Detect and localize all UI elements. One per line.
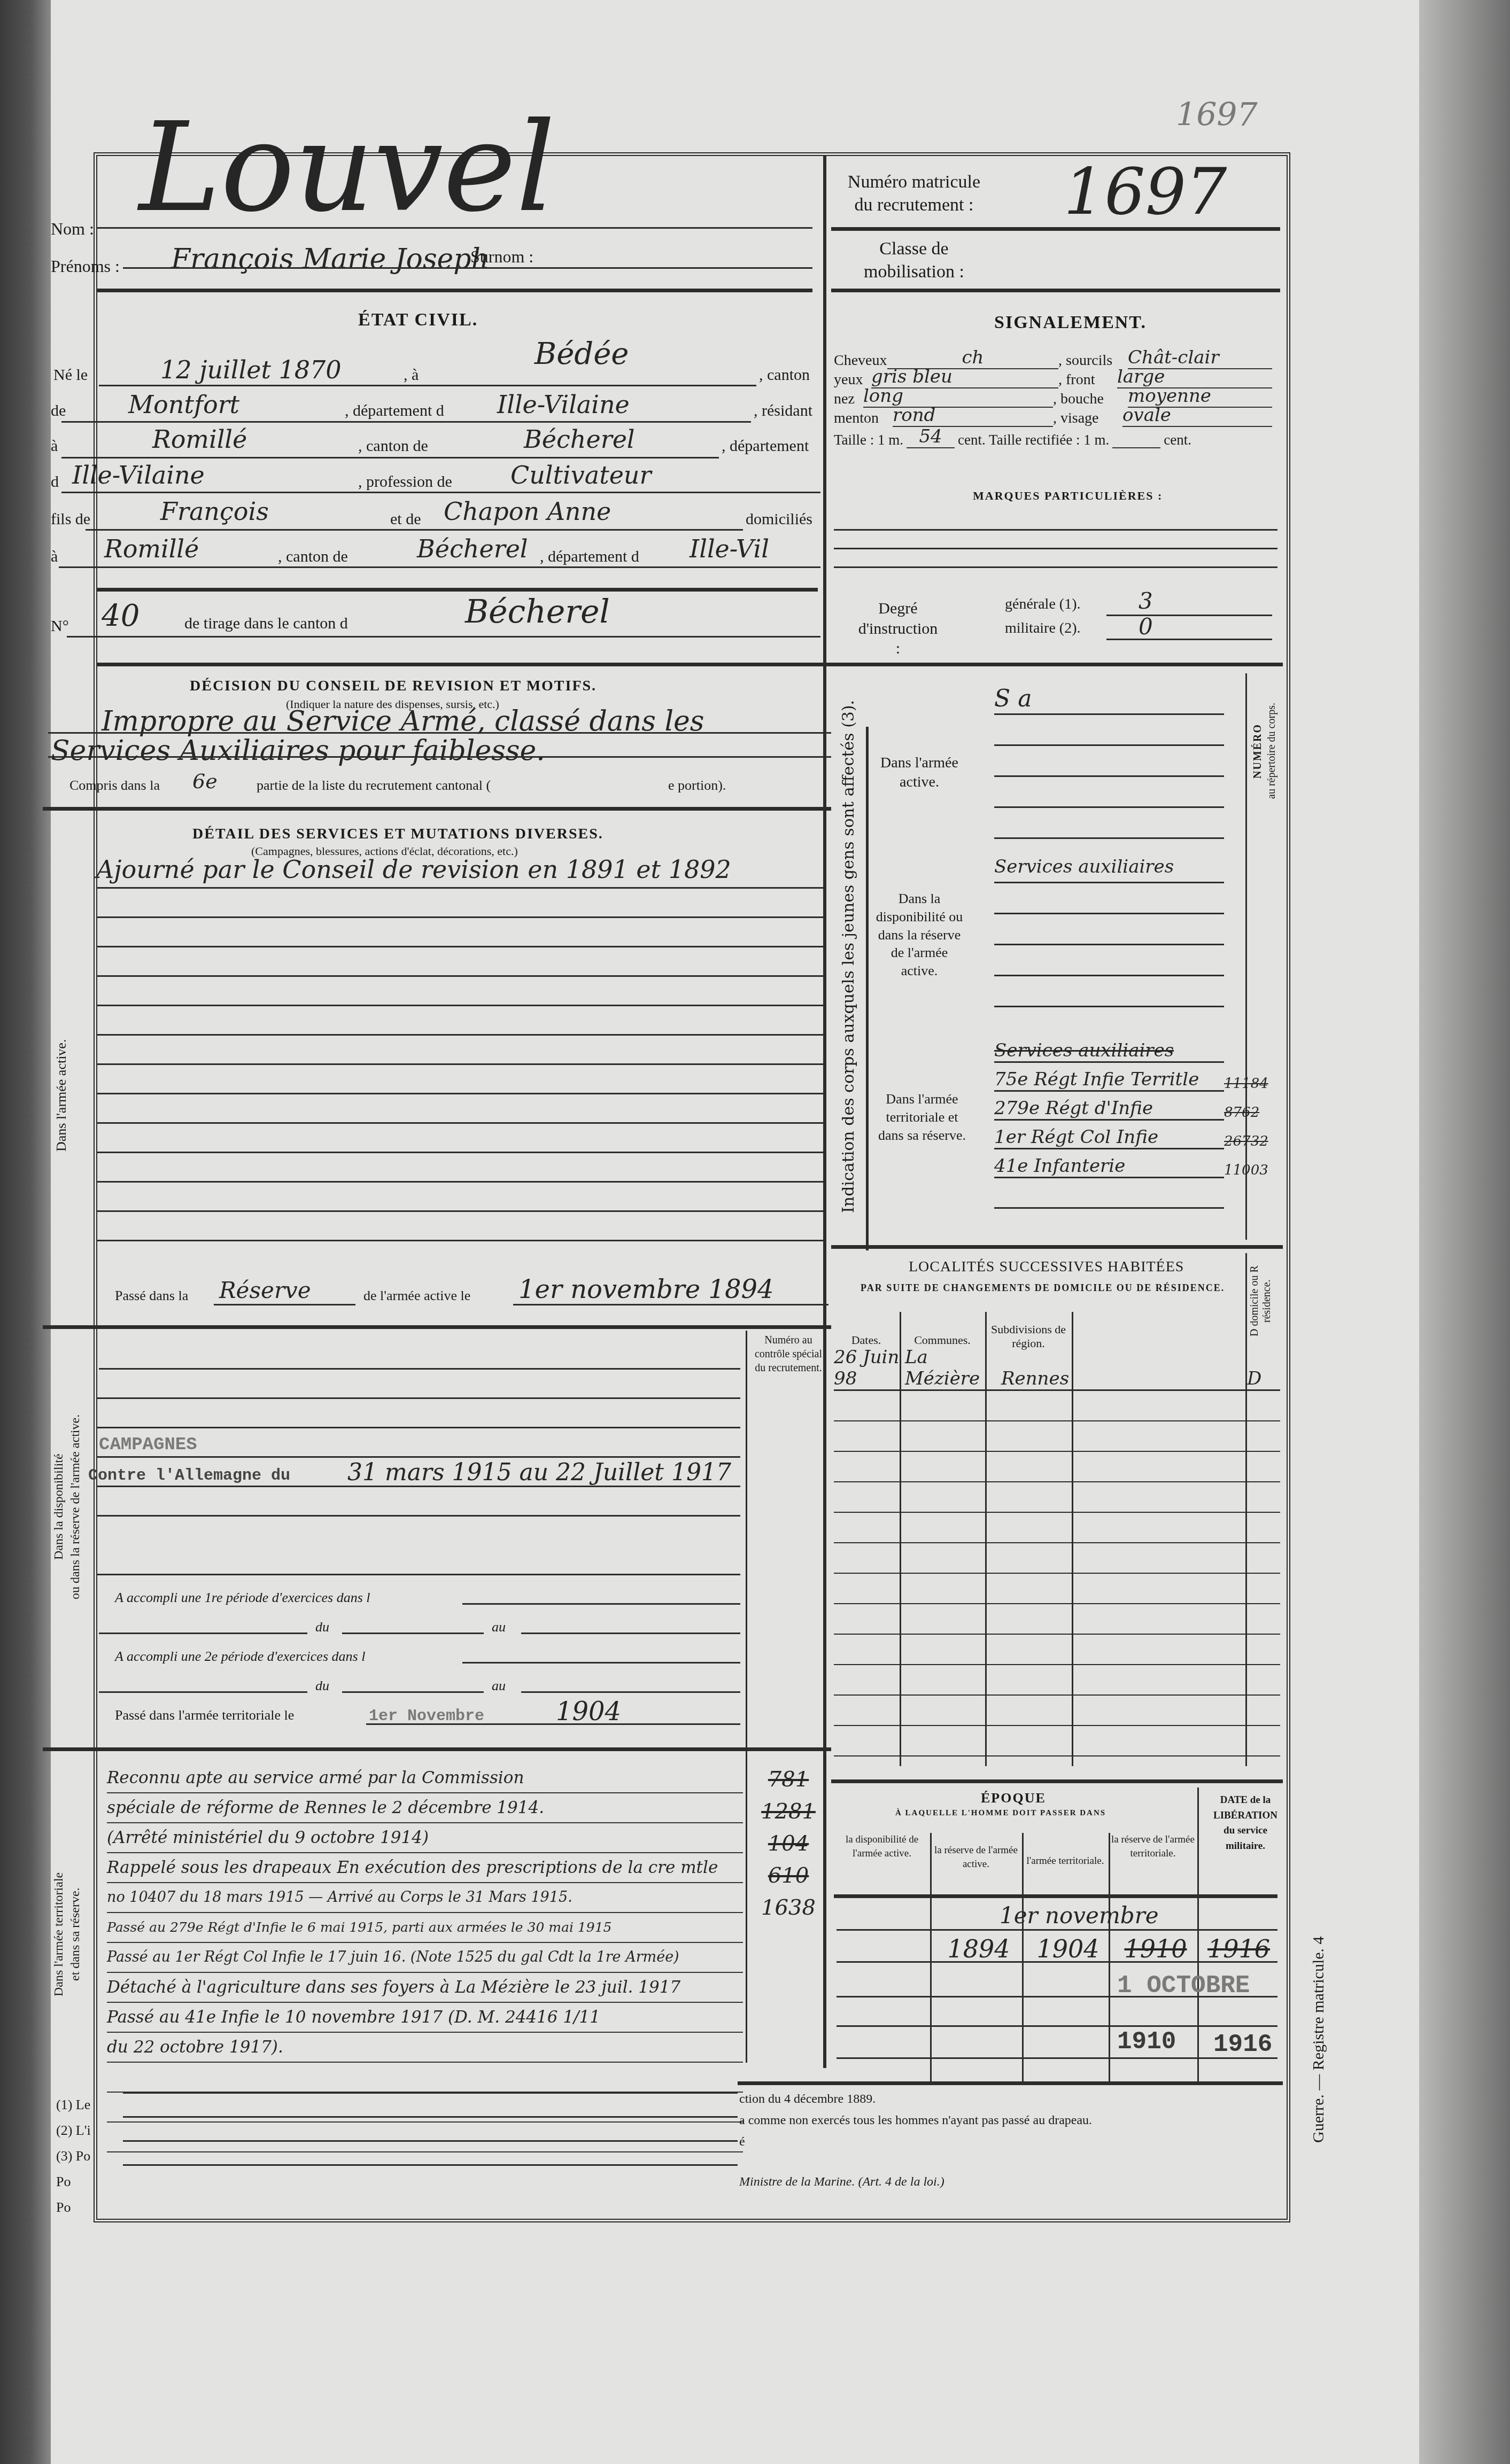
terr-line: no 10407 du 18 mars 1915 — Arrivé au Cor…: [107, 1883, 743, 1913]
compris-label: Compris dans la: [69, 778, 160, 794]
residant-label: , résidant: [754, 402, 812, 420]
ruled-line: [96, 887, 823, 889]
prenoms-label: Prénoms :: [51, 256, 120, 276]
canton-value: Montfort: [128, 390, 239, 419]
campagnes-line-stamp: Contre l'Allemagne du: [88, 1467, 290, 1485]
terr-line: [107, 2093, 743, 2123]
footnote-text-2: a comme non exercés tous les hommes n'ay…: [739, 2113, 1092, 2128]
taille-rectifiee-label: cent. Taille rectifiée : 1 m.: [958, 432, 1109, 448]
ruled-line: [96, 1122, 823, 1124]
territoriale-entries: Reconnu apte au service armé par la Comm…: [107, 1763, 743, 2152]
residant-canton-value: Bécherel: [524, 425, 635, 454]
corps-terr-numero: 11184: [1224, 1076, 1283, 1092]
ruled-line: [96, 1181, 823, 1183]
visage-label: , visage: [1053, 410, 1122, 427]
localites-row: [834, 1726, 1280, 1756]
epoque-value: [837, 1934, 933, 1963]
de-label: de: [51, 402, 66, 420]
dom-canton-value: Bécherel: [417, 534, 528, 563]
ruled-line: [96, 1152, 823, 1153]
dispo-divider: [43, 1325, 831, 1329]
corps-dispo-entry: [994, 914, 1224, 945]
liberation-header: DATE de la LIBÉRATION du service militai…: [1213, 1793, 1277, 1854]
residant-value: Romillé: [152, 425, 247, 454]
page-edge: [1419, 0, 1510, 2464]
dispo-line: [96, 1397, 740, 1399]
passe-reserve-date-underline: [513, 1304, 828, 1305]
generale-label: générale (1).: [1005, 596, 1080, 613]
col-disponibilite: la disponibilité de l'armée active.: [834, 1833, 930, 1871]
instruction-label: Degré d'instruction :: [855, 598, 941, 659]
corps-dispo-entries: Services auxiliaires: [994, 852, 1224, 1007]
localites-row: [834, 1482, 1280, 1513]
corps-dispo-label: Dans la disponibilité ou dans la réserve…: [871, 890, 967, 980]
ruled-line: [96, 916, 823, 918]
signalement-rows: Cheveux ch , sourcils Chât-clair yeux gr…: [834, 350, 1272, 448]
active-line-1: Ajourné par le Conseil de revision en 18…: [96, 855, 731, 884]
numero-repertoire-label: NUMÉROau répertoire du corps.: [1251, 679, 1279, 823]
epoque-subtitle: À LAQUELLE L'HOMME DOIT PASSER DANS: [895, 1809, 1106, 1818]
periode1-au-label: au: [492, 1619, 506, 1635]
localites-row: [834, 1665, 1280, 1696]
dispo-line: [96, 1574, 740, 1575]
passe-reserve-date: 1er novembre 1894: [518, 1274, 774, 1304]
terr-line: [107, 2063, 743, 2093]
footnote-line: [123, 2164, 738, 2166]
corps-terr-numero: 8762: [1224, 1105, 1283, 1121]
localites-row: [834, 1452, 1280, 1482]
canton-label: , canton: [759, 366, 810, 384]
terr-line: (Arrêté ministériel du 9 octobre 1914): [107, 1823, 743, 1853]
passe-territoriale-stamp: 1er Novembre: [369, 1707, 484, 1725]
book-spine: [0, 0, 51, 2464]
front-label: , front: [1058, 371, 1117, 388]
ne-le-label: Né le: [53, 366, 88, 384]
corps-active-entry: [994, 746, 1224, 777]
periode1-au-value-line: [521, 1633, 740, 1634]
periode1-underline: [462, 1603, 740, 1605]
bouche-label: , bouche: [1053, 391, 1128, 408]
corps-terr-row: Services auxiliaires: [994, 1034, 1283, 1063]
taille-row: Taille : 1 m. 54 cent. Taille rectifiée …: [834, 427, 1272, 448]
matricule-divider: [831, 227, 1280, 231]
footnote-divider: [738, 2081, 1283, 2085]
services-title: DÉTAIL DES SERVICES ET MUTATIONS DIVERSE…: [192, 826, 603, 843]
taille-label: Taille : 1 m.: [834, 432, 903, 448]
departement2-value: Ille-Vilaine: [72, 461, 205, 489]
ne-underline: [99, 385, 756, 386]
profession-label: , profession de: [358, 473, 452, 491]
epoque-row-line: [837, 1961, 1277, 1963]
fils-underline: [86, 529, 743, 531]
corps-terr-blank: [994, 1178, 1224, 1209]
corps-terr-row: 1er Régt Col Infie 26732: [994, 1121, 1283, 1149]
ruled-line: [96, 1093, 823, 1094]
localites-divider: [831, 1245, 1283, 1249]
corps-terr-row: 41e Infanterie 11003: [994, 1149, 1283, 1178]
militaire-underline: [1106, 639, 1272, 640]
epoque-header: la disponibilité de l'armée active. la r…: [834, 1833, 1197, 1871]
corps-active-entry: [994, 808, 1224, 839]
tirage-no-value: 40: [102, 598, 140, 633]
col-domicile: D domicile ou R résidence.: [1249, 1258, 1273, 1344]
domicilies-label: domiciliés: [746, 510, 812, 528]
corps-active-entries: S a: [994, 684, 1224, 839]
corps-terr-label: Dans l'armée territoriale et dans sa rés…: [877, 1090, 967, 1144]
visage-value: ovale: [1122, 405, 1272, 427]
decision-title: DÉCISION DU CONSEIL DE REVISION ET MOTIF…: [190, 678, 597, 695]
de-underline: [61, 421, 751, 423]
localites-row: [834, 1574, 1280, 1604]
territoriale-divider: [43, 1747, 831, 1751]
ruled-line: [96, 975, 823, 977]
terr-numero: 104: [756, 1828, 820, 1860]
profession-value: Cultivateur: [510, 461, 651, 489]
footnote-marker: (1) Le: [56, 2092, 91, 2118]
passe-reserve-underline: [214, 1304, 355, 1305]
mere-value: Chapon Anne: [444, 497, 611, 526]
corner-annotation: 1697: [1176, 96, 1258, 134]
corps-dispo-entry: Services auxiliaires: [994, 852, 1224, 883]
marques-line-2: [834, 548, 1277, 549]
corps-terr-name: 1er Régt Col Infie: [994, 1126, 1224, 1149]
ruled-line: [96, 1210, 823, 1212]
periode2-au-value-line: [521, 1691, 740, 1693]
col-dates: Dates.: [833, 1317, 900, 1350]
taille-value: 54: [907, 426, 955, 448]
terr-numero: 781: [756, 1763, 820, 1795]
periode2-underline: [462, 1662, 740, 1664]
footnote-line: [123, 2140, 738, 2142]
departement-value: Ille-Vilaine: [497, 390, 630, 419]
passe-territoriale-label: Passé dans l'armée territoriale le: [115, 1707, 294, 1723]
terr-numero: 610: [756, 1860, 820, 1892]
militaire-label: militaire (2).: [1005, 620, 1081, 637]
corps-terr-row: 279e Régt d'Infie 8762: [994, 1092, 1283, 1121]
localites-row: [834, 1421, 1280, 1452]
decision-line-2: Services Auxiliaires pour faiblesse.: [51, 735, 545, 767]
tirage-label: de tirage dans le canton d: [184, 615, 348, 633]
terr-line: Passé au 1er Régt Col Infie le 17 juin 1…: [107, 1943, 743, 1973]
localites-rows: 26 Juin 98 La Mézière Rennes D: [834, 1360, 1280, 1756]
classe-divider: [831, 289, 1280, 292]
corps-terr-name: Services auxiliaires: [994, 1040, 1224, 1063]
terr-line: Reconnu apte au service armé par la Comm…: [107, 1763, 743, 1793]
campagnes-line-hand: 31 mars 1915 au 22 Juillet 1917: [347, 1459, 731, 1486]
localites-title: LOCALITÉS SUCCESSIVES HABITÉES: [909, 1258, 1184, 1276]
taille-rectifiee-value: [1112, 447, 1160, 448]
col-subdivisions: Subdivisions de région.: [985, 1317, 1072, 1350]
epoque-title: ÉPOQUE: [981, 1790, 1046, 1806]
footnote-line: [123, 2116, 738, 2118]
periode1-du-label: du: [315, 1619, 329, 1635]
corps-active-entry: S a: [994, 684, 1224, 715]
ne-a-value: Bédée: [535, 337, 629, 371]
compris-suffix: partie de la liste du recrutement canton…: [257, 778, 491, 794]
epoque-values: 1894 1904 1910 1916: [837, 1934, 1277, 1963]
footnote-text-1: ction du 4 décembre 1889.: [739, 2092, 876, 2107]
dispo-line: [96, 1456, 740, 1458]
terr-line: spéciale de réforme de Rennes le 2 décem…: [107, 1793, 743, 1823]
departement-label: , département d: [345, 402, 444, 420]
localites-row: [834, 1391, 1280, 1421]
corps-title-divider: [866, 727, 869, 1250]
signalement-row: menton rond , visage ovale: [834, 408, 1272, 427]
periode2-du-line: [99, 1691, 307, 1693]
portion-suffix: e portion).: [668, 778, 726, 794]
nom-value: Louvel: [139, 107, 555, 230]
localites-subtitle: PAR SUITE DE CHANGEMENTS DE DOMICILE OU …: [861, 1282, 1225, 1294]
passe-territoriale-underline: [366, 1723, 740, 1725]
terr-line: du 22 octobre 1917).: [107, 2033, 743, 2063]
militaire-value: 0: [1139, 613, 1153, 640]
dispo-line: [96, 1427, 740, 1428]
compris-value: 6e: [192, 769, 218, 793]
periode2-label: A accompli une 2e période d'exercices da…: [115, 1649, 365, 1665]
epoque-row-line: [837, 2057, 1277, 2059]
corps-dispo-entry: [994, 976, 1224, 1007]
epoque-row-line: [837, 1996, 1277, 1997]
fils-label: fils de: [51, 510, 90, 528]
corps-active-entry: [994, 777, 1224, 808]
ruled-line: [96, 1240, 823, 1241]
prenoms-value: François Marie Joseph: [171, 243, 489, 275]
active-side-label: Dans l'armée active.: [53, 989, 69, 1202]
passe-reserve-mid: de l'armée active le: [363, 1288, 470, 1304]
marques-line-3: [834, 566, 1277, 568]
corps-vertical-title: Indication des corps auxquels les jeunes…: [839, 689, 858, 1224]
etat-civil-title: ÉTAT CIVIL.: [358, 310, 478, 330]
dom-canton-label: , canton de: [278, 548, 348, 566]
residant-a-label: à: [51, 437, 58, 455]
taille-cent-label: cent.: [1164, 432, 1191, 448]
decision-underline-1: [48, 732, 831, 734]
localite-date: 26 Juin 98: [834, 1347, 900, 1389]
menton-value: rond: [893, 405, 1053, 427]
col-reserve-active: la réserve de l'armée active.: [930, 1833, 1022, 1871]
ruled-line: [96, 1005, 823, 1006]
terr-numeros: 781 1281 104 610 1638: [756, 1763, 820, 1924]
epoque-row-line: [837, 1929, 1277, 1931]
prenoms-underline: [123, 267, 812, 269]
dom-dept-value: Ille-Vil: [690, 534, 769, 563]
matricule-value: 1697: [1064, 155, 1227, 229]
menton-label: menton: [834, 410, 893, 427]
epoque-row-line: [837, 2025, 1277, 2027]
periode1-du-value-line: [342, 1633, 484, 1634]
terr-line: Détaché à l'agriculture dans ses foyers …: [107, 1973, 743, 2003]
tirage-underline: [67, 636, 820, 638]
footnote-text-3: é: [739, 2135, 745, 2149]
epoque-handwritten-day: 1er novembre: [1000, 1902, 1159, 1929]
nez-label: nez: [834, 391, 863, 408]
passe-reserve-label: Passé dans la: [115, 1288, 188, 1304]
col-communes: Communes.: [900, 1317, 985, 1350]
terr-numero: 1281: [756, 1795, 820, 1828]
corps-terr-name: 279e Régt d'Infie: [994, 1098, 1224, 1121]
epoque-divider: [831, 1779, 1283, 1783]
generale-value: 3: [1139, 588, 1153, 614]
marques-label: MARQUES PARTICULIÈRES :: [973, 489, 1163, 503]
corps-terr-row: 75e Régt Infie Territle 11184: [994, 1063, 1283, 1092]
dispo-line: [96, 1486, 740, 1487]
terr-line: Rappelé sous les drapeaux En exécution d…: [107, 1853, 743, 1883]
footnote-markers: (1) Le (2) L'i (3) Po Po Po: [56, 2092, 91, 2220]
terr-side-label: Dans l'armée territorialeet dans sa rése…: [51, 1817, 84, 2052]
corps-dispo-entry: [994, 883, 1224, 914]
decision-divider: [96, 663, 1283, 666]
periode1-label: A accompli une 1re période d'exercices d…: [115, 1590, 370, 1606]
nom-underline: [96, 227, 812, 229]
residant-canton-label: , canton de: [358, 437, 428, 455]
periode2-du-value-line: [342, 1691, 484, 1693]
nom-label: Nom :: [51, 219, 94, 239]
ne-a-label: , à: [404, 366, 419, 384]
passe-reserve-value: Réserve: [219, 1277, 311, 1303]
periode1-du-line: [99, 1633, 307, 1634]
ne-le-value: 12 juillet 1870: [160, 355, 342, 384]
corps-active-entry: [994, 715, 1224, 746]
numero-controle-label: Numéro au contrôle spécial du recrutemen…: [751, 1333, 826, 1375]
dom-value: Romillé: [104, 534, 199, 563]
localites-row: [834, 1543, 1280, 1574]
footnote-marker: Po: [56, 2195, 91, 2220]
departement2-label: , département: [722, 437, 809, 455]
corps-terr-numero: 11003: [1224, 1162, 1283, 1178]
surnom-label: Surnom :: [470, 247, 533, 267]
liberation-stamp-value: 1916: [1213, 2031, 1272, 2058]
corps-terr-entries: Services auxiliaires 75e Régt Infie Terr…: [994, 1034, 1283, 1209]
tirage-no-label: N°: [51, 617, 69, 635]
marques-line-1: [834, 529, 1277, 531]
footnote-text-4: Ministre de la Marine. (Art. 4 de la loi…: [739, 2175, 944, 2189]
terr-numero: 1638: [756, 1892, 820, 1924]
decision-underline-2: [48, 756, 831, 758]
dispo-line: [99, 1368, 740, 1370]
epoque-value: 1894: [933, 1934, 1025, 1963]
campagnes-stamp: CAMPAGNES: [99, 1435, 197, 1455]
profession-underline: [61, 492, 820, 493]
localite-type: D: [1087, 1368, 1261, 1389]
dom-a-label: à: [51, 548, 58, 566]
terr-line: [107, 2123, 743, 2152]
ruled-line: [96, 1034, 823, 1036]
epoque-value: 1910: [1111, 1934, 1200, 1963]
matricule-label: Numéro matricule du recrutement :: [839, 171, 989, 216]
identity-divider: [96, 289, 812, 292]
corps-terr-name: 41e Infanterie: [994, 1155, 1224, 1178]
localite-commune: La Mézière: [900, 1347, 990, 1389]
corps-terr-name: 75e Régt Infie Territle: [994, 1069, 1224, 1092]
liberation-value: 1916: [1200, 1934, 1277, 1963]
signalement-title: SIGNALEMENT.: [994, 313, 1147, 333]
departement2-prefix: d: [51, 473, 59, 491]
localites-row: [834, 1635, 1280, 1665]
generale-underline: [1106, 615, 1272, 616]
footnote-marker: (2) L'i: [56, 2118, 91, 2143]
localites-row: [834, 1604, 1280, 1635]
registre-edge-label: Guerre. — Registre matricule. 4: [1310, 1844, 1328, 2143]
epoque-stamp-value: 1910: [1117, 2028, 1176, 2056]
localites-row: [834, 1696, 1280, 1726]
col-reserve-territoriale: la réserve de l'armée territoriale.: [1109, 1833, 1197, 1871]
main-column-divider: [823, 155, 826, 2068]
terr-line: Passé au 41e Infie le 10 novembre 1917 (…: [107, 2003, 743, 2033]
tirage-canton-value: Bécherel: [465, 593, 610, 631]
services-divider: [43, 807, 831, 811]
footnote-line: [123, 2092, 738, 2094]
dom-dept-label: , département d: [540, 548, 639, 566]
numero-controle-divider: [746, 1331, 747, 2063]
periode2-du-label: du: [315, 1678, 329, 1694]
epoque-header-underline: [834, 1894, 1277, 1898]
corps-dispo-entry: [994, 945, 1224, 976]
localites-row: 26 Juin 98 La Mézière Rennes D: [834, 1360, 1280, 1391]
periode2-au-label: au: [492, 1678, 506, 1694]
dispo-side-label: Dans la disponibilitéou dans la réserve …: [51, 1368, 84, 1646]
col-territoriale: l'armée territoriale.: [1022, 1833, 1109, 1871]
dispo-line: [96, 1515, 740, 1517]
localites-header: Dates. Communes. Subdivisions de région.…: [833, 1317, 1279, 1350]
pere-value: François: [160, 497, 269, 526]
localites-row: [834, 1513, 1280, 1543]
ruled-line: [96, 946, 823, 947]
corps-active-label: Dans l'armée active.: [877, 753, 962, 792]
ruled-line: [96, 1063, 823, 1065]
passe-territoriale-year: 1904: [556, 1697, 621, 1727]
localite-subdivision: Rennes: [990, 1368, 1087, 1389]
terr-line: Passé au 279e Régt d'Infie le 6 mai 1915…: [107, 1913, 743, 1943]
dom-underline: [59, 566, 820, 568]
footnote-marker: Po: [56, 2169, 91, 2195]
classe-label: Classe de mobilisation :: [839, 238, 989, 283]
corps-terr-numero: 26732: [1224, 1133, 1283, 1149]
tirage-divider: [96, 588, 818, 592]
et-de-label: et de: [390, 510, 421, 528]
epoque-value: 1904: [1025, 1934, 1111, 1963]
residant-underline: [61, 457, 719, 458]
footnote-marker: (3) Po: [56, 2143, 91, 2169]
